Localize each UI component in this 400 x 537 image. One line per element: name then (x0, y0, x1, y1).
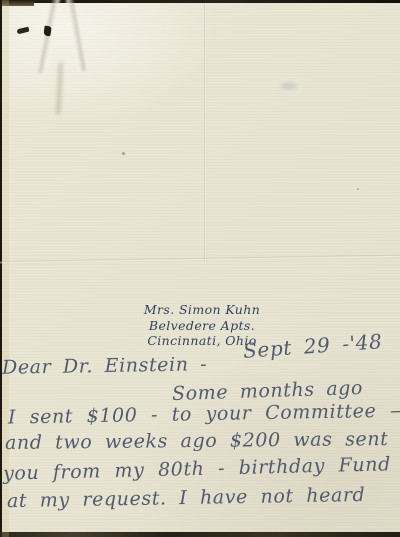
letter-scan: Mrs. Simon Kuhn Belvedere Apts. Cincinna… (0, 0, 400, 537)
body-line: you from my 80th - birthday Fund (3, 453, 391, 484)
scan-edge-top (0, 0, 400, 3)
paper-speck (357, 188, 359, 190)
corner-crease-left-arm (38, 0, 60, 74)
corner-crease-right-arm (65, 0, 85, 72)
letterhead-name: Mrs. Simon Kuhn (126, 302, 278, 318)
letterhead-address-line1: Belvedere Apts. (126, 318, 278, 334)
fold-crease-horizontal (0, 255, 400, 264)
staple-mark (43, 26, 51, 37)
ink-smudge (281, 82, 297, 90)
salutation: Dear Dr. Einstein - (2, 353, 208, 379)
fold-crease-vertical (204, 3, 207, 262)
staple-mark (17, 27, 30, 35)
paper-edge-tint (2, 0, 9, 537)
body-line: and two weeks ago $200 was sent (5, 428, 389, 454)
body-line: at my request. I have not heard (7, 484, 366, 512)
scan-edge-bottom (0, 532, 400, 537)
paper-speck (122, 152, 125, 155)
body-line: I sent $100 - to your Committee — (8, 399, 400, 428)
corner-crease-tail (56, 62, 64, 114)
